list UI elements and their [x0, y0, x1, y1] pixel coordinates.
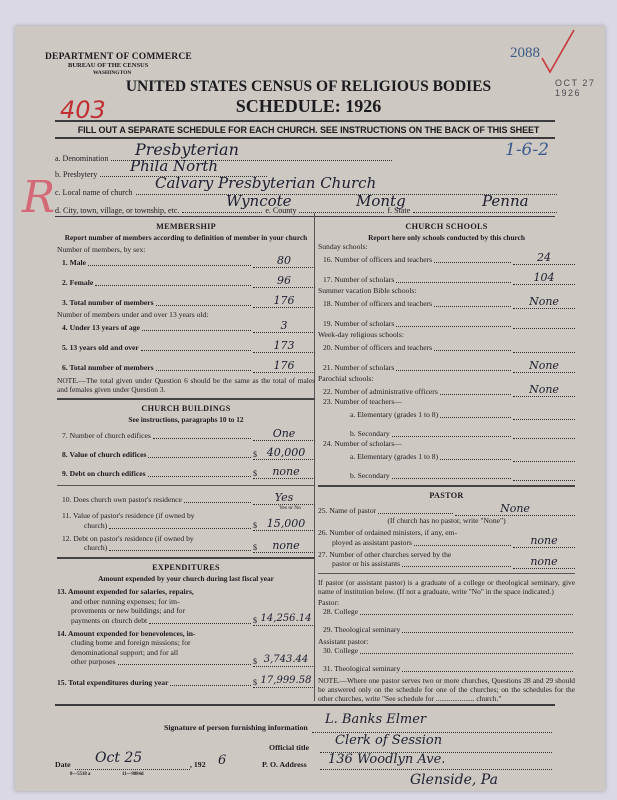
year-field[interactable]: 6 [218, 753, 226, 768]
address-line2-field[interactable]: Glenside, Pa [410, 772, 498, 788]
q8-row: 8. Value of church edifices40,000 [57, 446, 315, 460]
red-review-mark: R [22, 172, 55, 223]
county-field[interactable]: Montg [356, 192, 406, 210]
identification-rule [55, 216, 555, 217]
membership-heading: MEMBERSHIP [57, 222, 315, 231]
official-title-field[interactable]: Clerk of Session [335, 733, 442, 748]
signature-field[interactable]: L. Banks Elmer [325, 712, 426, 727]
date-field[interactable]: Oct 25 [95, 750, 142, 766]
year-prefix: , 192 [190, 760, 206, 769]
q9-debt-field[interactable]: none [253, 465, 315, 479]
instruction-banner: FILL OUT A SEPARATE SCHEDULE FOR EACH CH… [0, 125, 617, 135]
city-label: d. City, town, village, or township, etc… [55, 206, 179, 215]
state-field[interactable]: Penna [482, 192, 529, 210]
assistant-pastor-label: Assistant pastor: [318, 637, 575, 646]
q21-row: 21. Number of scholarsNone [318, 359, 575, 373]
stamp-date: OCT 27 1926 [555, 78, 617, 98]
q1-row: 1. Male80 [57, 254, 315, 268]
q3-total-field[interactable]: 176 [253, 294, 315, 308]
q20-row: 20. Number of officers and teachers [318, 339, 575, 353]
pastor-heading: PASTOR [318, 491, 575, 500]
q22-row: 22. Number of administrative officersNon… [318, 383, 575, 397]
signature-label: Signature of person furnishing informati… [164, 723, 308, 732]
right-column: CHURCH SCHOOLS Report here only schools … [318, 222, 575, 703]
q23a-row: a. Elementary (grades 1 to 8) [318, 406, 575, 420]
address-line1-field[interactable]: 136 Woodlyn Ave. [328, 752, 445, 767]
expenditures-subtitle: Amount expended by your church during la… [57, 574, 315, 583]
q5-row: 5. 13 years old and over173 [57, 339, 315, 353]
q12-debt-field[interactable]: none [253, 539, 315, 553]
q12-row: 12. Debt on pastor's residence (if owned… [57, 534, 315, 554]
q19-field[interactable] [513, 315, 575, 329]
age-label: Number of members under and over 13 year… [57, 310, 315, 319]
sunday-schools-label: Sunday schools: [318, 242, 575, 251]
q26-field[interactable]: none [513, 534, 575, 548]
q27-row: 27. Number of other churches served by t… [318, 550, 575, 570]
q14-row: 14. Amount expended for benevolences, in… [57, 629, 315, 668]
q6-total-field[interactable]: 176 [253, 359, 315, 373]
q30-row: 30. College [318, 646, 575, 656]
q28-row: 28. College [318, 607, 575, 617]
q24-label: 24. Number of scholars— [318, 439, 575, 448]
parochial-schools-label: Parochial schools: [318, 374, 575, 383]
q4-row: 4. Under 13 years of age3 [57, 319, 315, 333]
presbytery-label: b. Presbytery [55, 170, 97, 179]
q20-field[interactable] [513, 339, 575, 353]
q19-row: 19. Number of scholars [318, 315, 575, 329]
denomination-code: 1-6-2 [505, 140, 549, 160]
q2-female-field[interactable]: 96 [253, 274, 315, 288]
department-label: DEPARTMENT OF COMMERCE [45, 52, 192, 62]
q21-field[interactable]: None [513, 359, 575, 373]
header-rule-top [55, 120, 555, 122]
stamp-number: 2088 [510, 45, 540, 62]
membership-note: NOTE.—The total given under Question 6 s… [57, 376, 315, 394]
q13-row: 13. Amount expended for salaries, repair… [57, 587, 315, 626]
q23b-field[interactable] [513, 425, 575, 439]
graduate-note: If pastor (or assistant pastor) is a gra… [318, 578, 575, 596]
q16-field[interactable]: 24 [513, 251, 575, 265]
q29-seminary-field[interactable] [402, 632, 573, 633]
q25-row: 25. Name of pastorNone [318, 502, 575, 516]
q25-pastor-name-field[interactable]: None [455, 502, 575, 516]
q1-male-field[interactable]: 80 [253, 254, 315, 268]
address-label: P. O. Address [262, 760, 307, 769]
q31-row: 31. Theological seminary [318, 664, 575, 674]
q24a-row: a. Elementary (grades 1 to 8) [318, 448, 575, 462]
q27-field[interactable]: none [513, 555, 575, 569]
q8-value-field[interactable]: 40,000 [253, 446, 315, 460]
q6-row: 6. Total number of members176 [57, 359, 315, 373]
membership-subtitle: Report number of members according to de… [57, 233, 315, 242]
header-rule-bottom [55, 137, 555, 139]
q25-hint: (If church has no pastor, write "None") [318, 516, 575, 525]
church-name-label: c. Local name of church [55, 188, 133, 197]
q23-label: 23. Number of teachers— [318, 397, 575, 406]
red-check-mark-icon [540, 28, 576, 78]
weekday-schools-label: Week-day religious schools: [318, 330, 575, 339]
form-code-1: 8—5518 a [70, 772, 90, 777]
q3-row: 3. Total number of members176 [57, 294, 315, 308]
denomination-label: a. Denomination [55, 154, 108, 163]
bureau-label: BUREAU OF THE CENSUS [68, 62, 148, 69]
q7-row: 7. Number of church edificesOne [57, 427, 315, 441]
q11-row: 11. Value of pastor's residence (if owne… [57, 511, 315, 531]
q24a-field[interactable] [513, 448, 575, 462]
official-title-label: Official title [269, 743, 309, 752]
q11-value-field[interactable]: 15,000 [253, 517, 315, 531]
q15-row: 15. Total expenditures during year17,999… [57, 674, 315, 688]
q23a-field[interactable] [513, 406, 575, 420]
left-column: MEMBERSHIP Report number of members acco… [57, 222, 315, 688]
q10-row: 10. Does church own pastor's residenceYe… [57, 491, 315, 505]
pastor-note: NOTE.—Where one pastor serves two or mor… [318, 676, 575, 703]
expenditures-heading: EXPENDITURES [57, 563, 315, 572]
summer-schools-label: Summer vacation Bible schools: [318, 286, 575, 295]
q31-seminary-field[interactable] [402, 671, 573, 672]
q29-row: 29. Theological seminary [318, 625, 575, 635]
q22-field[interactable]: None [513, 383, 575, 397]
buildings-heading: CHURCH BUILDINGS [57, 404, 315, 413]
q24b-row: b. Secondary [318, 467, 575, 481]
q9-row: 9. Debt on church edificesnone [57, 465, 315, 479]
q28-college-field[interactable] [360, 614, 573, 615]
q16-row: 16. Number of officers and teachers24 [318, 251, 575, 265]
q18-row: 18. Number of officers and teachersNone [318, 295, 575, 309]
location-label: WASHINGTON [93, 70, 131, 76]
buildings-subtitle: See instructions, paragraphs 10 to 12 [57, 415, 315, 424]
q2-row: 2. Female96 [57, 274, 315, 288]
q10-residence-field[interactable]: Yes [253, 491, 315, 505]
schools-heading: CHURCH SCHOOLS [318, 222, 575, 231]
q13-running-expenses-field[interactable]: 14,256.14 [253, 612, 315, 626]
q26-row: 26. Number of ordained ministers, if any… [318, 528, 575, 548]
q30-college-field[interactable] [360, 653, 573, 654]
form-code-2: 11—9084d [122, 772, 144, 777]
q4-under13-field[interactable]: 3 [253, 319, 315, 333]
by-sex-label: Number of members, by sex: [57, 245, 315, 254]
q18-field[interactable]: None [513, 295, 575, 309]
q15-total-field[interactable]: 17,999.58 [253, 674, 315, 688]
schools-subtitle: Report here only schools conducted by th… [318, 233, 575, 242]
q5-over13-field[interactable]: 173 [253, 339, 315, 353]
q7-edifices-field[interactable]: One [253, 427, 315, 441]
q14-benevolences-field[interactable]: 3,743.44 [253, 653, 315, 667]
q17-row: 17. Number of scholars104 [318, 271, 575, 285]
q24b-field[interactable] [513, 467, 575, 481]
presbytery-field[interactable]: Phila North [130, 157, 218, 175]
pastor-label: Pastor: [318, 598, 575, 607]
city-field[interactable]: Wyncote [226, 192, 292, 210]
form-title: UNITED STATES CENSUS OF RELIGIOUS BODIES [0, 78, 617, 96]
q17-field[interactable]: 104 [513, 271, 575, 285]
date-label: Date [55, 760, 71, 769]
church-name-field[interactable]: Calvary Presbyterian Church [155, 174, 376, 192]
footer-rule [55, 704, 555, 706]
q23b-row: b. Secondary [318, 425, 575, 439]
